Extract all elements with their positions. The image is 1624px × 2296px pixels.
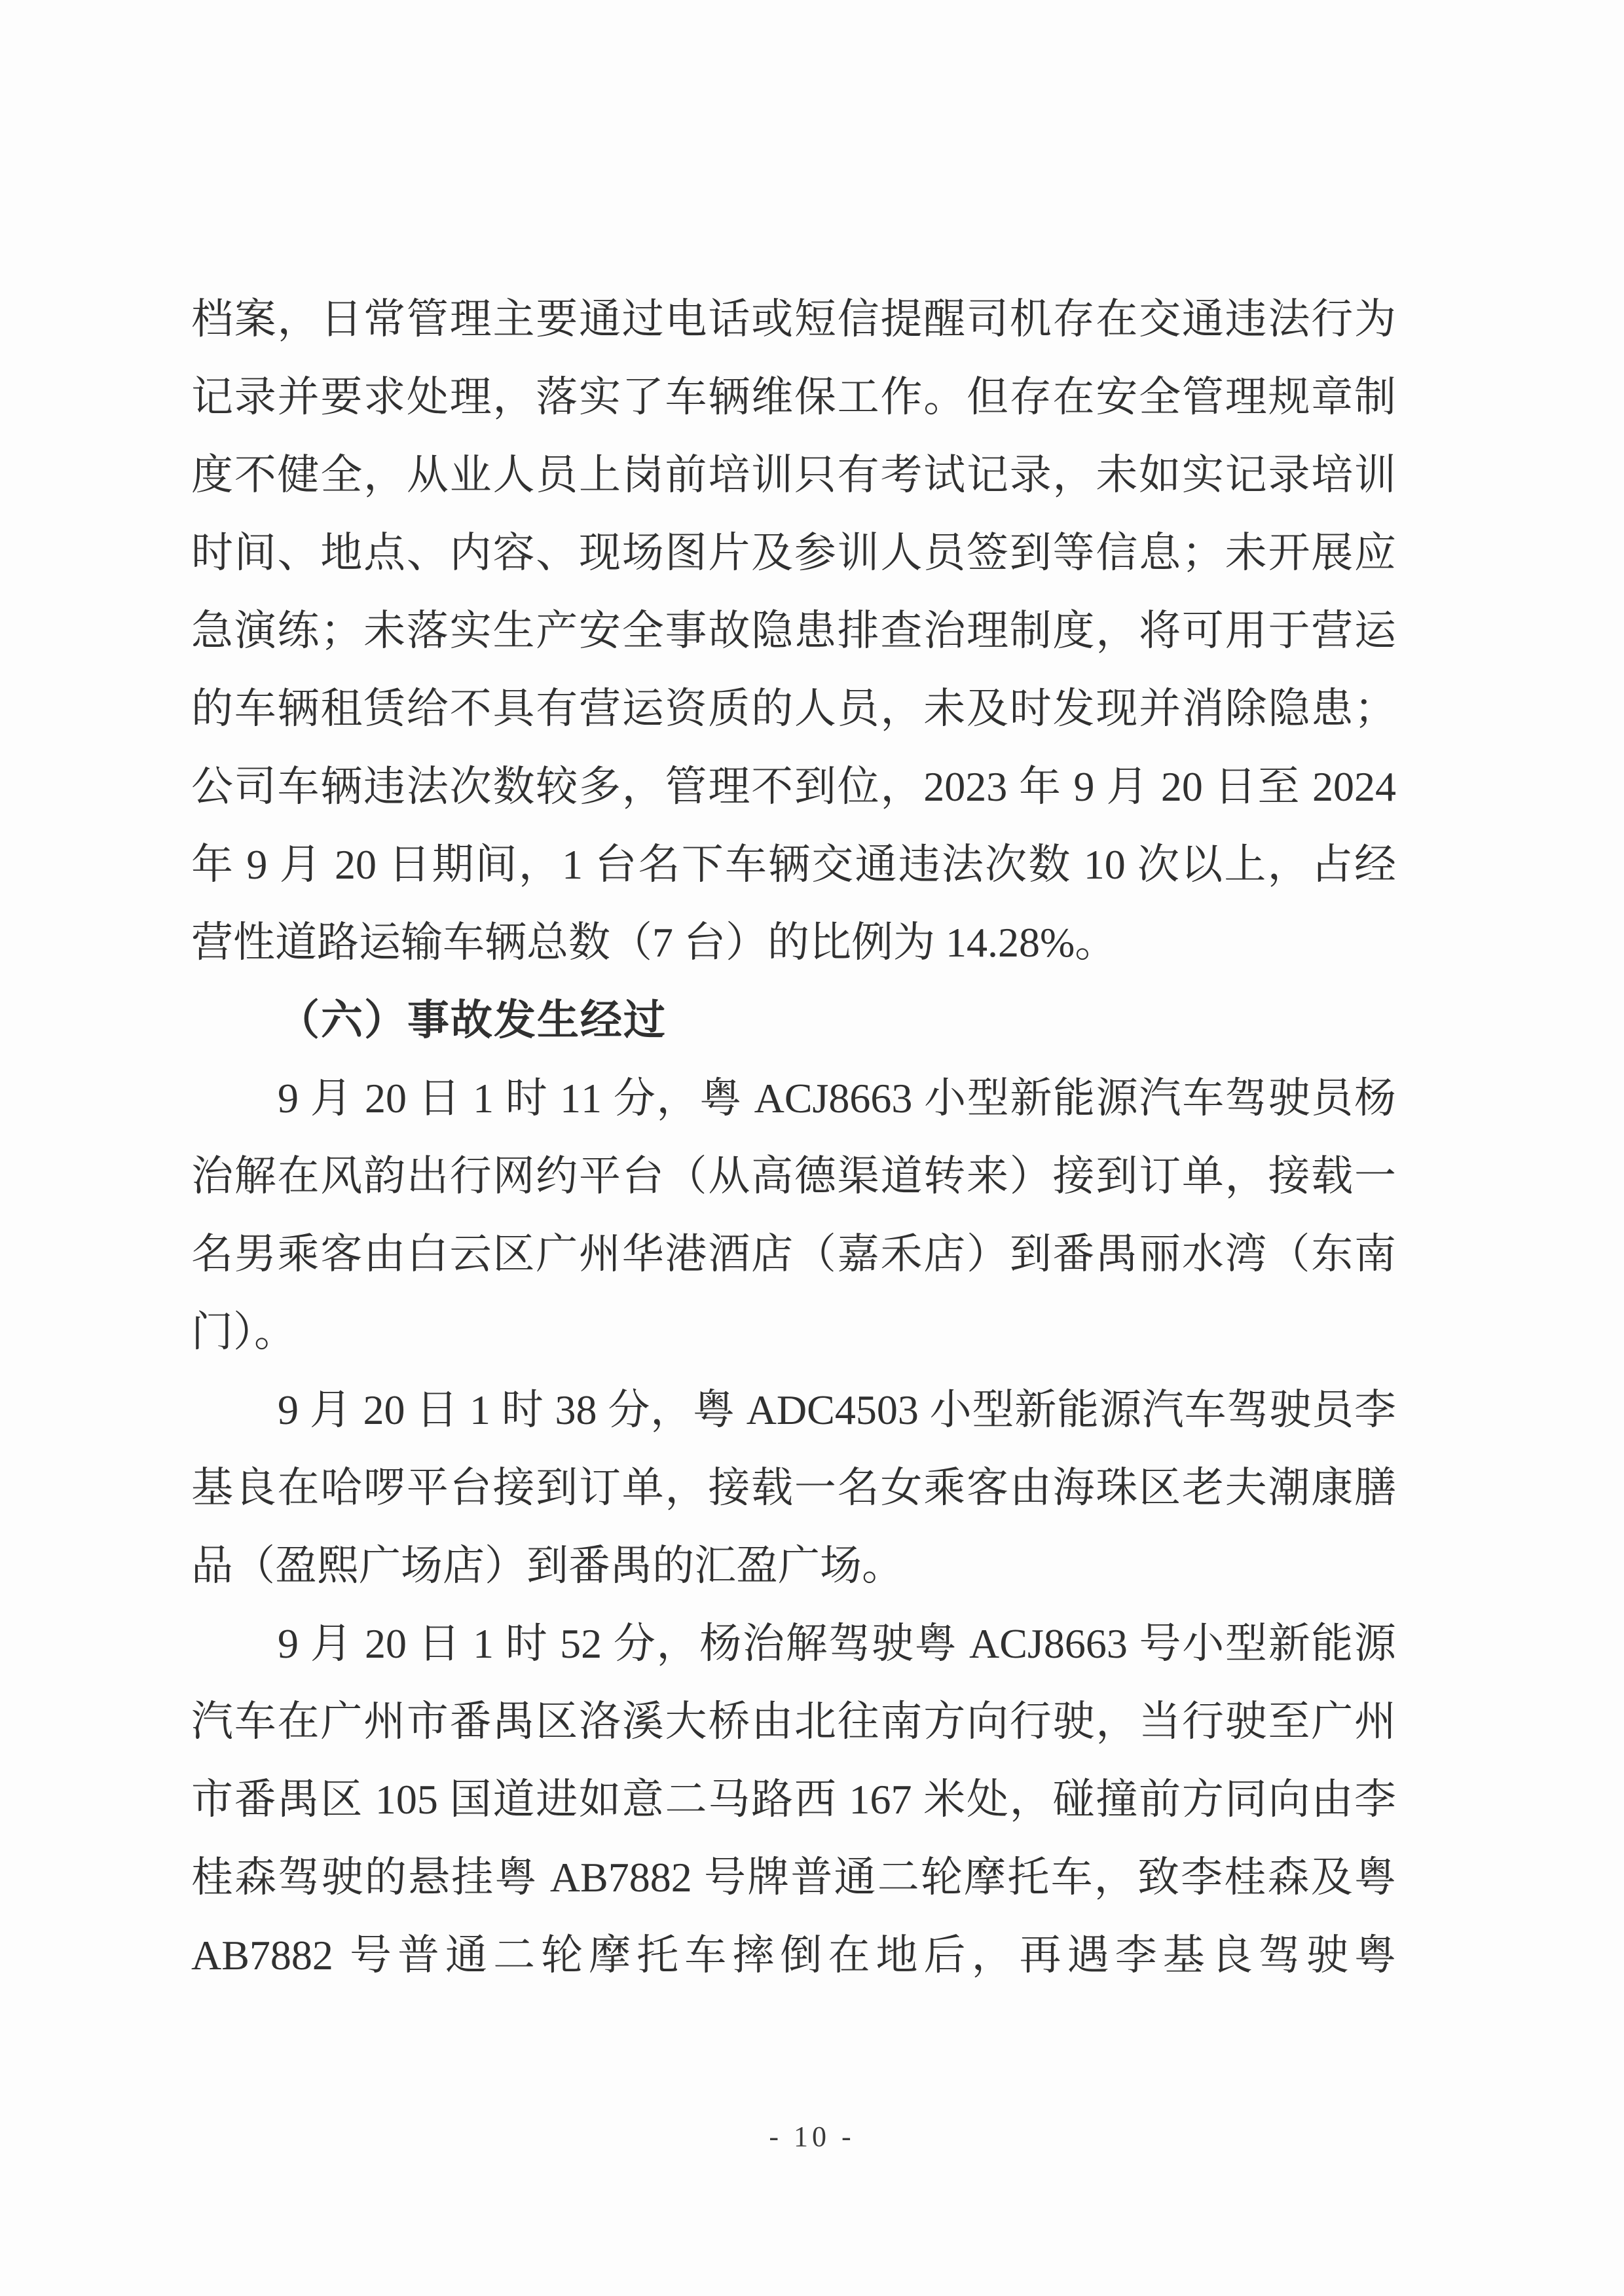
text-line: 度不健全，从业人员上岗前培训只有考试记录，未如实记录培训 (191, 436, 1396, 514)
text-line: 治解在风韵出行网约平台（从高德渠道转来）接到订单，接载一 (191, 1137, 1396, 1215)
text-line: 年 9 月 20 日期间，1 台名下车辆交通违法次数 10 次以上，占经 (191, 826, 1396, 903)
text-line: 9 月 20 日 1 时 52 分，杨治解驾驶粤 ACJ8663 号小型新能源 (191, 1605, 1396, 1683)
text-line: 急演练；未落实生产安全事故隐患排查治理制度，将可用于营运 (191, 592, 1396, 670)
text-line: 的车辆租赁给不具有营运资质的人员，未及时发现并消除隐患； (191, 670, 1396, 748)
text-line: 9 月 20 日 1 时 11 分，粤 ACJ8663 小型新能源汽车驾驶员杨 (191, 1059, 1396, 1137)
text-line: 基良在哈啰平台接到订单，接载一名女乘客由海珠区老夫潮康膳 (191, 1449, 1396, 1527)
text-line: 公司车辆违法次数较多，管理不到位，2023 年 9 月 20 日至 2024 (191, 748, 1396, 826)
document-page: 档案，日常管理主要通过电话或短信提醒司机存在交通违法行为记录并要求处理，落实了车… (0, 0, 1624, 2296)
text-line: 市番禺区 105 国道进如意二马路西 167 米处，碰撞前方同向由李 (191, 1760, 1396, 1838)
text-line: 汽车在广州市番禺区洛溪大桥由北往南方向行驶，当行驶至广州 (191, 1683, 1396, 1760)
text-line: 品（盈熙广场店）到番禺的汇盈广场。 (191, 1527, 1396, 1605)
text-line: AB7882 号普通二轮摩托车摔倒在地后，再遇李基良驾驶粤 (191, 1916, 1396, 1994)
text-line: 门）。 (191, 1293, 1396, 1371)
text-line: 营性道路运输车辆总数（7 台）的比例为 14.28%。 (191, 903, 1396, 981)
text-line: 时间、地点、内容、现场图片及参训人员签到等信息；未开展应 (191, 514, 1396, 592)
section-heading: （六）事故发生经过 (191, 981, 1396, 1059)
text-line: 档案，日常管理主要通过电话或短信提醒司机存在交通违法行为 (191, 280, 1396, 358)
text-line: 9 月 20 日 1 时 38 分，粤 ADC4503 小型新能源汽车驾驶员李 (191, 1371, 1396, 1449)
text-line: 桂森驾驶的悬挂粤 AB7882 号牌普通二轮摩托车，致李桂森及粤 (191, 1838, 1396, 1916)
text-line: 名男乘客由白云区广州华港酒店（嘉禾店）到番禺丽水湾（东南 (191, 1215, 1396, 1293)
text-block: 档案，日常管理主要通过电话或短信提醒司机存在交通违法行为记录并要求处理，落实了车… (191, 280, 1396, 1994)
page-number: - 10 - (769, 2120, 855, 2153)
text-line: 记录并要求处理，落实了车辆维保工作。但存在安全管理规章制 (191, 358, 1396, 436)
